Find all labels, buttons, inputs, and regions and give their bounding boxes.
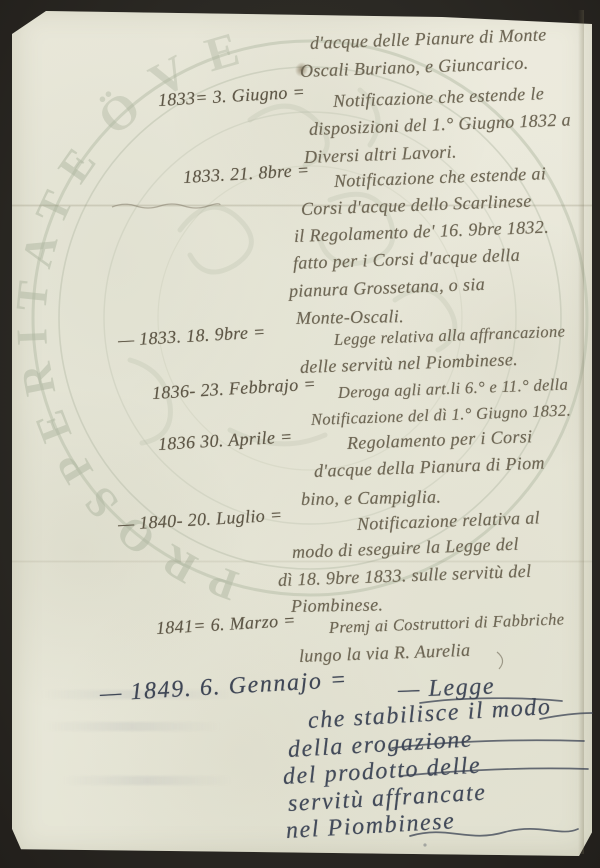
- archival-photo: { "colors":{ "background":"#2b2924", "pa…: [0, 0, 600, 868]
- entry-line: Piombinese.: [291, 594, 384, 617]
- entry-line: Monte-Oscali.: [296, 306, 404, 329]
- paper-edge-fold: [578, 10, 584, 854]
- entry-line: bino, e Campiglia.: [301, 487, 442, 510]
